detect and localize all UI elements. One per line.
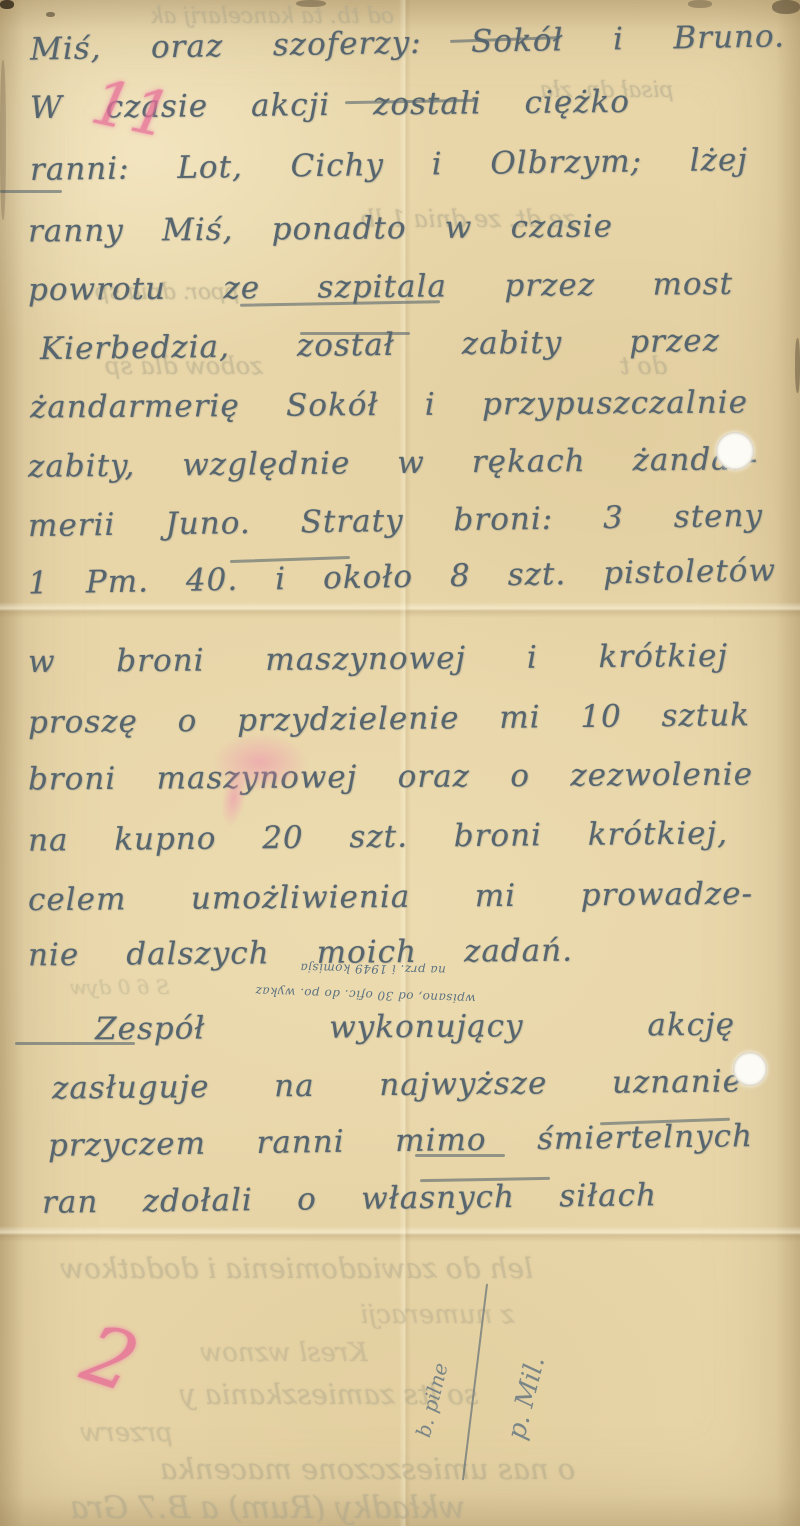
pen-stroke	[462, 1284, 488, 1481]
torn-edge-mark	[296, 0, 326, 7]
handwritten-line: zabity, względnie w rękach żandar-	[28, 440, 758, 486]
rotated-annotation-text: p. Mil.	[502, 1353, 552, 1442]
pen-stroke	[415, 1154, 505, 1157]
handwritten-line: ran zdołali o własnych siłach	[42, 1176, 657, 1222]
handwritten-line: w broni maszynowej i krótkiej	[28, 637, 728, 682]
red-pencil-mark-top: 11	[85, 65, 177, 153]
torn-edge-mark	[795, 338, 800, 393]
red-pencil-mark-bottom: 2	[72, 1306, 149, 1410]
rotated-pencil-annotation: p. Mil. b. pilne	[388, 1283, 568, 1488]
bleedthrough-text: Kresl wznow	[200, 1338, 368, 1368]
torn-edge-mark	[0, 0, 14, 9]
handwritten-line: żandarmerię Sokół i przypuszczalnie	[30, 383, 748, 427]
torn-edge-mark	[688, 0, 712, 8]
archival-ink-note: wpisano, od 30 ofic. do po. wykaz	[255, 984, 476, 1006]
handwritten-line: Miś, oraz szoferzy: Sokół i Bruno.	[30, 17, 786, 69]
handwritten-line: na kupno 20 szt. broni krótkiej,	[28, 814, 728, 860]
handwritten-line: 1 Pm. 40. i około 8 szt. pistoletów	[28, 551, 777, 603]
rotated-annotation-text: b. pilne	[411, 1360, 453, 1439]
handwritten-line: celem umożliwienia mi prowadze-	[28, 875, 753, 920]
handwritten-line: zasługuje na najwyższe uznanie	[52, 1062, 742, 1108]
handwritten-line: Kierbedzia, został zabity przez	[40, 322, 720, 369]
pen-stroke	[15, 1042, 135, 1045]
torn-edge-mark	[46, 12, 55, 17]
pen-stroke	[300, 332, 410, 335]
handwritten-line: proszę o przydzielenie mi 10 sztuk	[28, 696, 750, 742]
archival-ink-note: na prz. i 1949 komisja	[300, 961, 446, 978]
bleedthrough-text: przerw	[80, 1418, 173, 1448]
handwritten-line: merii Juno. Straty broni: 3 steny	[28, 497, 763, 546]
handwritten-line: ranny Miś, ponadto w czasie	[28, 207, 613, 251]
handwritten-line: ranni: Lot, Cichy i Olbrzym; lżej	[30, 141, 748, 190]
handwritten-line: Zespół wykonujący akcję	[95, 1006, 735, 1049]
bleedthrough-text: leh do zawiadomienia i dodatkow	[60, 1252, 533, 1285]
bleedthrough-text: wkładky (Rum) a B.7 Gra	[70, 1490, 465, 1526]
handwritten-line: broni maszynowej oraz o zezwolenie	[28, 755, 753, 799]
hole-punch	[716, 432, 754, 470]
letter-page: od tb. ta kancelarij ak pisał dn. zła ze…	[0, 0, 800, 1526]
pen-stroke	[0, 190, 62, 193]
torn-edge-mark	[0, 60, 6, 220]
torn-edge-mark	[772, 0, 800, 14]
handwritten-line: przyczem ranni mimo śmiertelnych	[48, 1117, 753, 1166]
hole-punch	[733, 1052, 767, 1086]
bleedthrough-text: S 6 0 dyw	[70, 975, 169, 999]
